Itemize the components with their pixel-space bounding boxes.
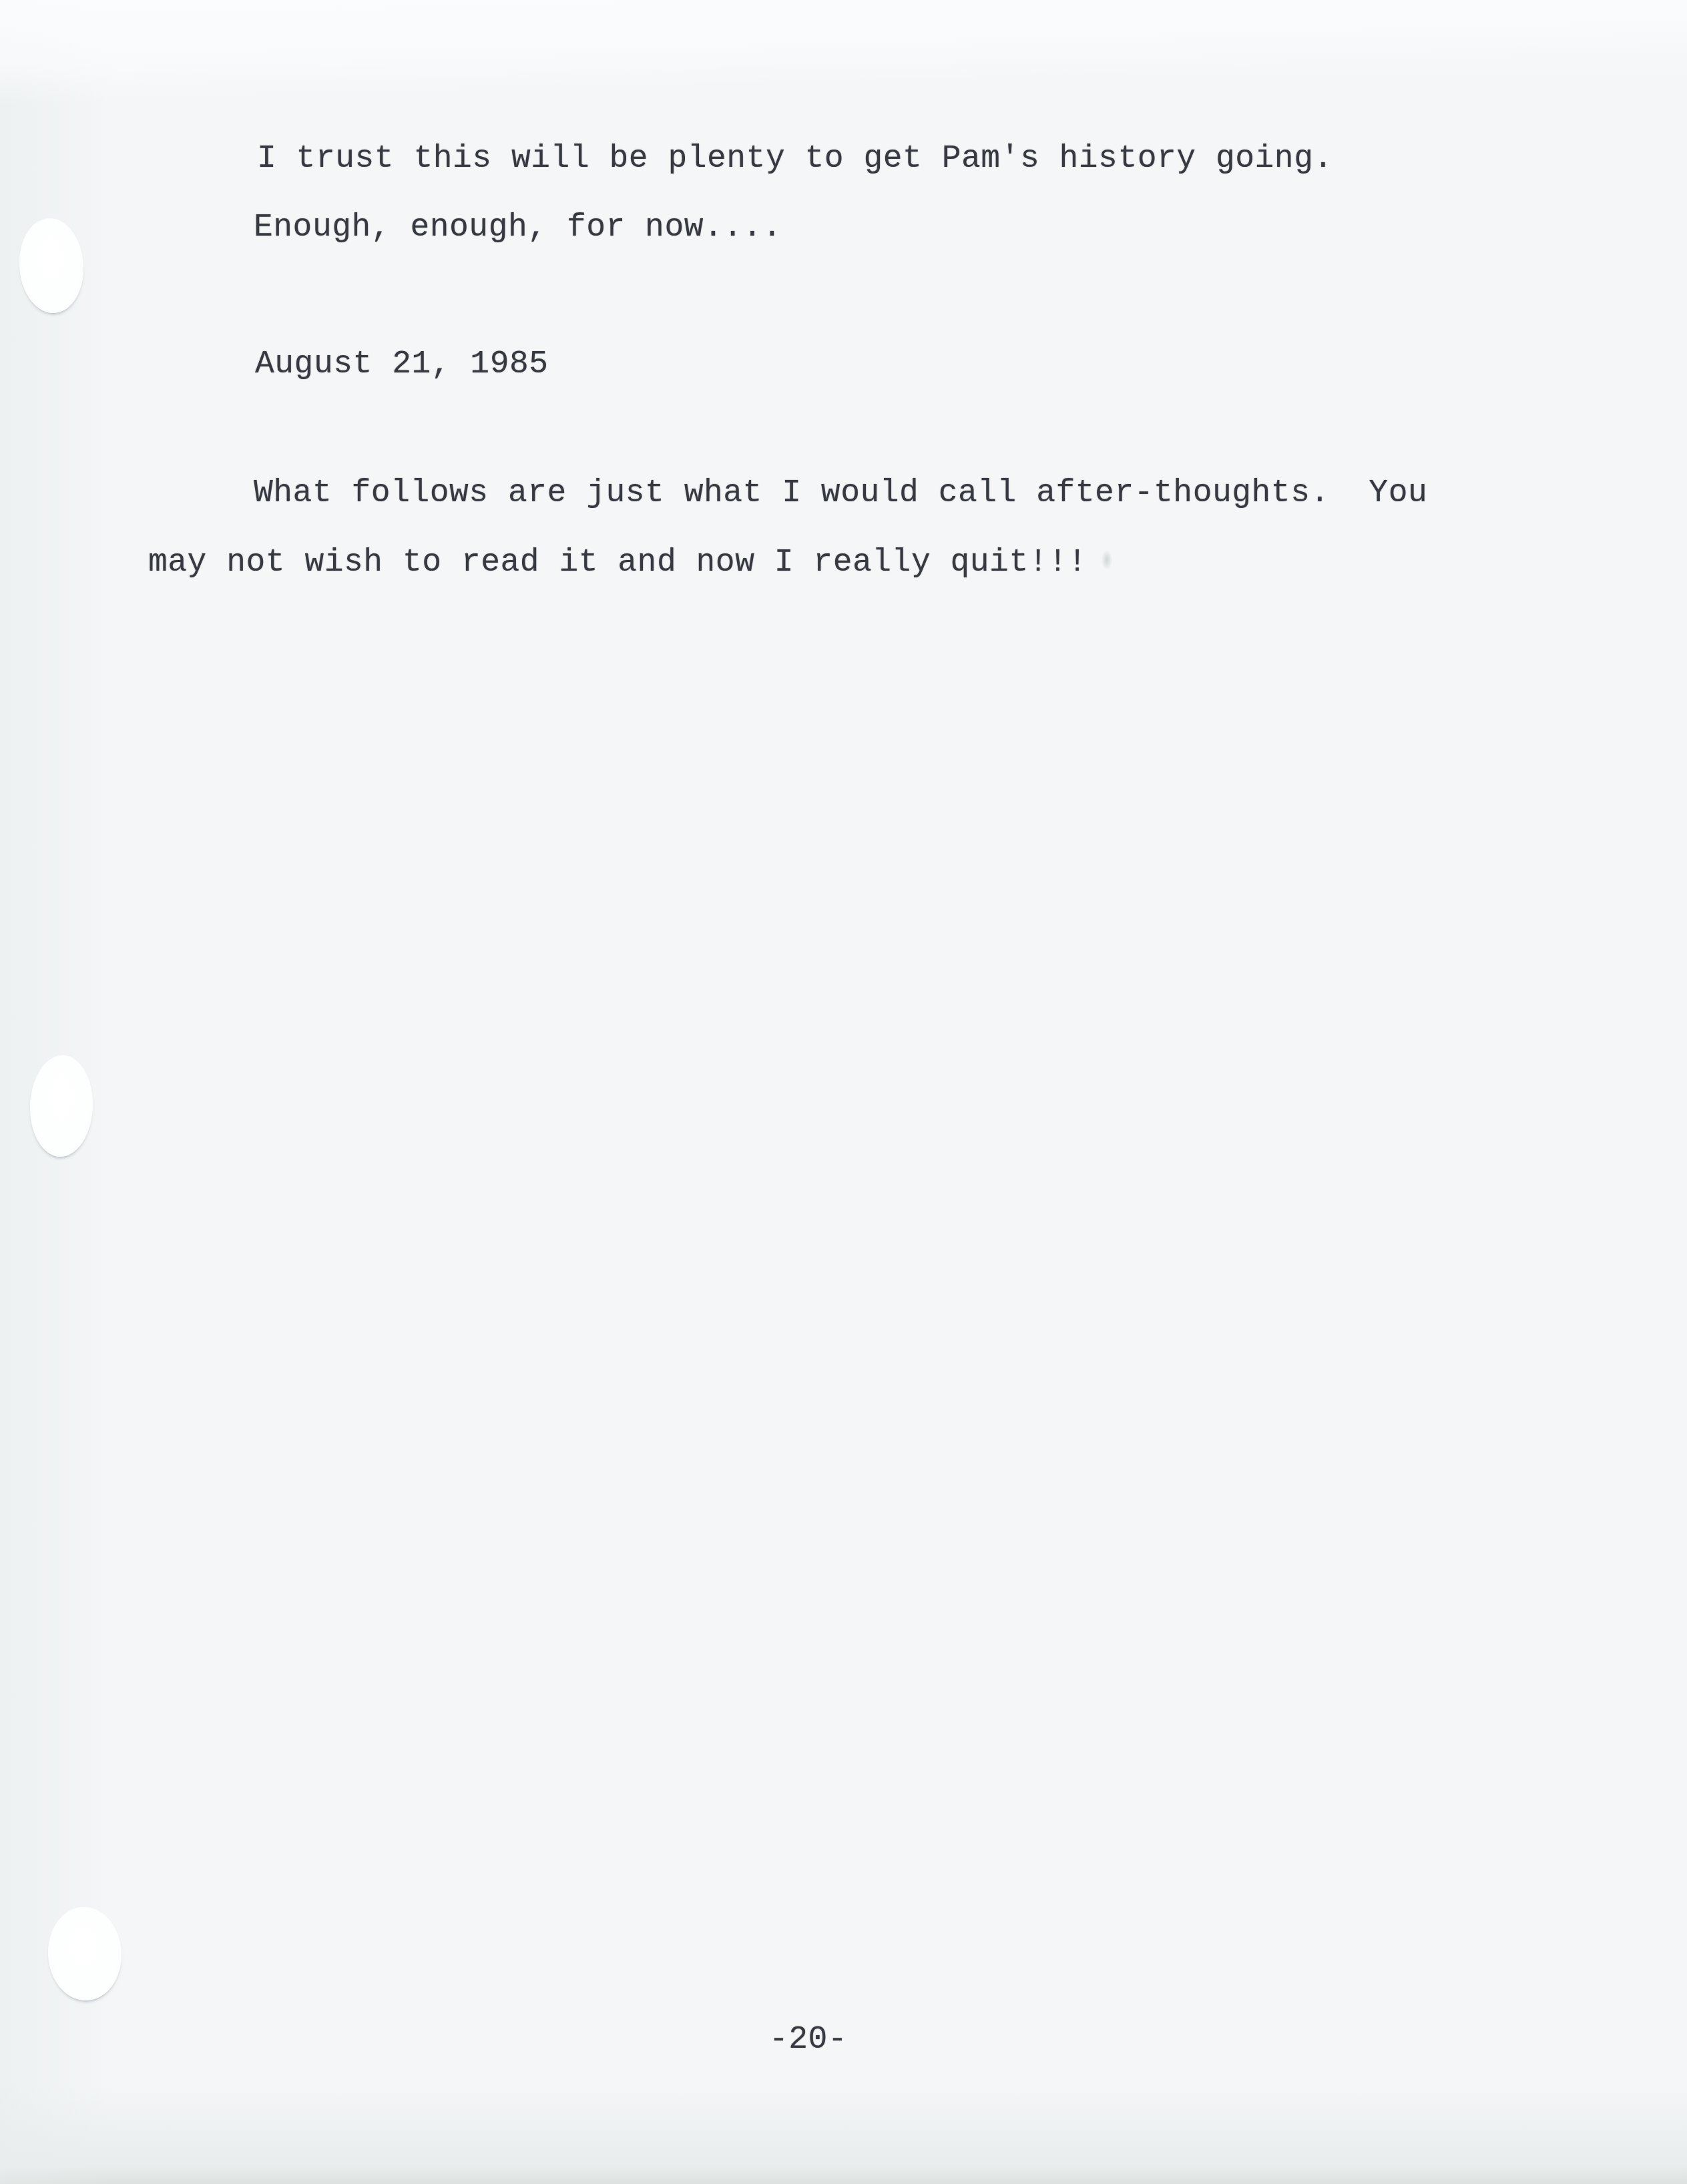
hole-punch-top [16, 216, 87, 315]
date-line: August 21, 1985 [255, 348, 549, 380]
scan-smudge-artifact [1102, 550, 1112, 570]
hole-punch-middle [28, 1054, 94, 1157]
paragraph-1-line-1: I trust this will be plenty to get Pam's… [257, 143, 1333, 175]
paragraph-2-line-2: may not wish to read it and now I really… [148, 547, 1088, 579]
scanned-document-page: I trust this will be plenty to get Pam's… [0, 0, 1687, 2184]
page-number: -20- [769, 2024, 847, 2056]
paragraph-2-line-1: What follows are just what I would call … [254, 477, 1427, 509]
hole-punch-bottom [45, 1905, 124, 2002]
paragraph-1-line-2: Enough, enough, for now.... [254, 212, 782, 244]
